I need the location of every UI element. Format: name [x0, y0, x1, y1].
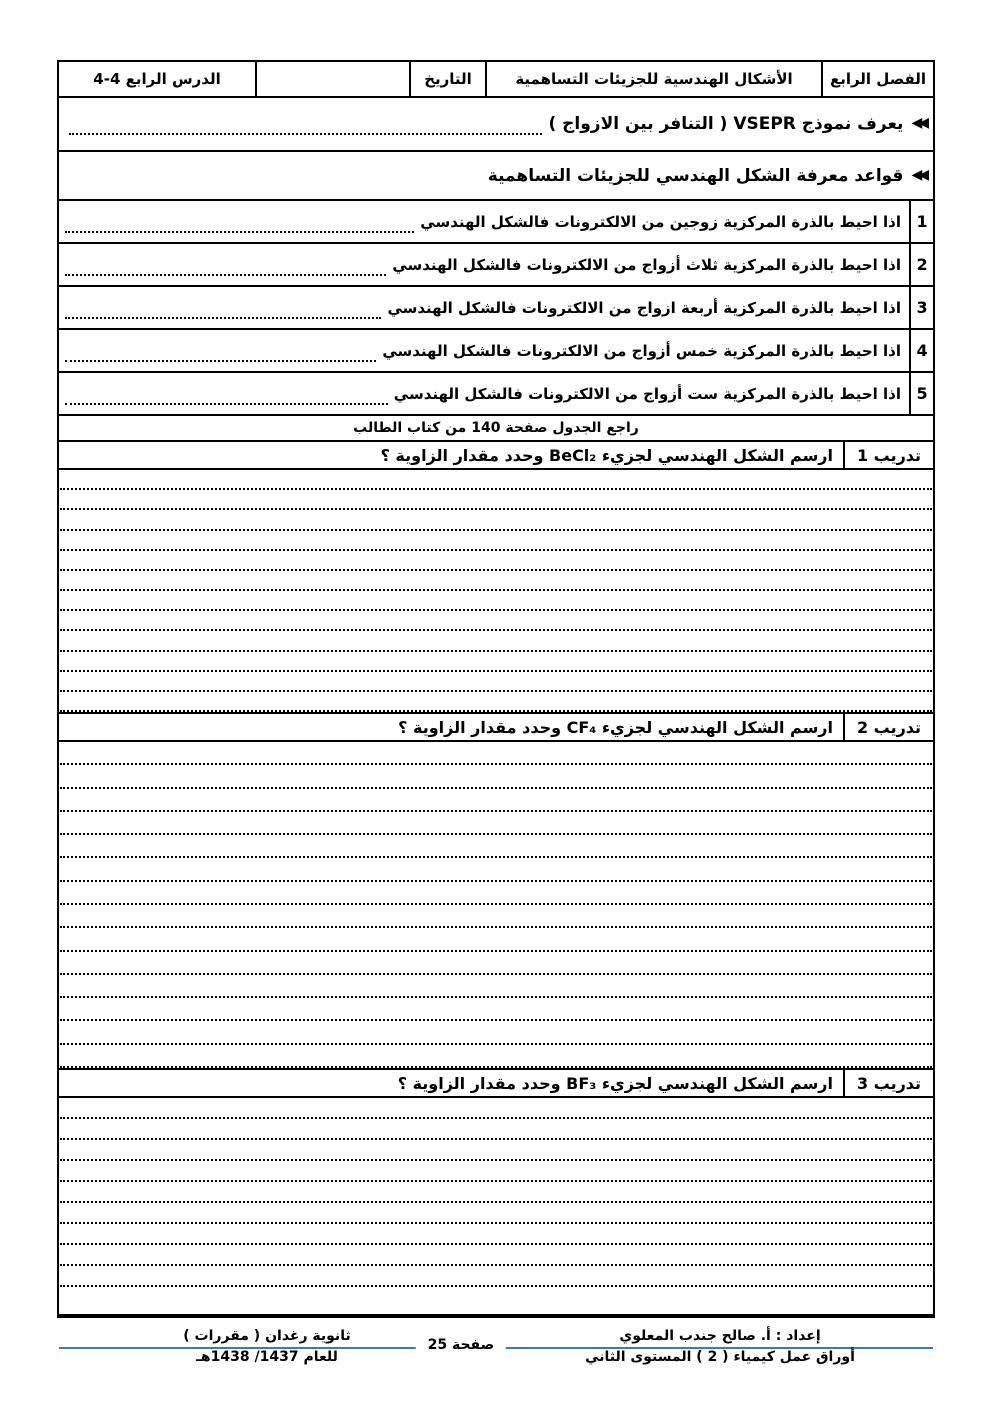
- footer-author-block: إعداد : أ. صالح جندب المعلوي أوراق عمل ك…: [535, 1326, 905, 1368]
- dotted-answer-leader: [65, 317, 381, 319]
- answer-line: [60, 1045, 932, 1068]
- answer-line: [60, 1203, 932, 1224]
- answer-line: [60, 835, 932, 858]
- lesson-cell: الدرس الرابع 4-4: [59, 62, 255, 96]
- rules-title-text: قواعد معرفة الشكل الهندسي للجزيئات التسا…: [488, 166, 904, 186]
- note-row: راجع الجدول صفحة 140 من كتاب الطالب: [59, 416, 933, 442]
- answer-line: [60, 975, 932, 998]
- rule-number: 4: [909, 330, 933, 371]
- rules-title-row: ◀◀ قواعد معرفة الشكل الهندسي للجزيئات ال…: [59, 152, 933, 201]
- worksheet-table: الفصل الرابع الأشكال الهندسية للجزيئات ا…: [57, 60, 935, 1318]
- answer-line: [60, 952, 932, 975]
- answer-line: [60, 1098, 932, 1119]
- answer-line: [60, 928, 932, 951]
- answer-line: [60, 1140, 932, 1161]
- date-label-cell: التاريخ: [409, 62, 485, 96]
- answer-line: [60, 692, 932, 712]
- double-arrow-icon: ◀◀: [911, 115, 925, 131]
- school-year-text: للعام 1437/ 1438هـ: [102, 1347, 432, 1368]
- exercise-2-answer-area: [59, 742, 933, 1070]
- answer-line: [60, 672, 932, 692]
- exercise-1-answer-area: [59, 470, 933, 714]
- answer-line: [60, 531, 932, 551]
- answer-line: [60, 1224, 932, 1245]
- worksheet-page: { "header": { "chapter": "الفصل الرابع",…: [0, 0, 992, 1403]
- exercise-2-question: ارسم الشكل الهندسي لجزيء CF₄ وحدد مقدار …: [59, 718, 843, 737]
- rule-number: 5: [909, 373, 933, 414]
- answer-line: [60, 789, 932, 812]
- page-number: صفحة 25: [416, 1337, 507, 1353]
- answer-line: [60, 631, 932, 651]
- page-title: الأشكال الهندسية للجزيئات التساهمية: [485, 62, 821, 96]
- exercise-1-label: تدريب 1: [843, 442, 933, 468]
- rule-number: 2: [909, 244, 933, 285]
- dotted-answer-leader: [65, 274, 386, 276]
- answer-line: [60, 858, 932, 881]
- answer-line: [60, 510, 932, 530]
- answer-line: [60, 551, 932, 571]
- dotted-answer-leader: [65, 403, 388, 405]
- answer-line: [60, 765, 932, 788]
- rule-row: 4 اذا احيط بالذرة المركزية خمس أزواج من …: [59, 330, 933, 373]
- exercise-3-row: تدريب 3 ارسم الشكل الهندسي لجزيء BF₃ وحد…: [59, 1070, 933, 1098]
- answer-line: [60, 490, 932, 510]
- rules-rows: 1 اذا احيط بالذرة المركزية زوجين من الال…: [59, 201, 933, 416]
- rule-number: 1: [909, 201, 933, 242]
- exercise-3-answer-area: [59, 1098, 933, 1314]
- school-name-text: ثانوية رغدان ( مقررات ): [102, 1326, 432, 1347]
- rule-row: 2 اذا احيط بالذرة المركزية ثلاث أزواج من…: [59, 244, 933, 287]
- answer-line: [60, 882, 932, 905]
- answer-line: [60, 812, 932, 835]
- exercise-2-label: تدريب 2: [843, 714, 933, 740]
- answer-line: [60, 1182, 932, 1203]
- exercise-2-row: تدريب 2 ارسم الشكل الهندسي لجزيء CF₄ وحد…: [59, 714, 933, 742]
- prepared-by-text: إعداد : أ. صالح جندب المعلوي: [535, 1326, 905, 1347]
- answer-line: [60, 1161, 932, 1182]
- answer-line: [60, 470, 932, 490]
- vsepr-objective-row: ◀◀ يعرف نموذج VSEPR ( التنافر بين الازوا…: [59, 98, 933, 152]
- rule-text: اذا احيط بالذرة المركزية أربعة ازواج من …: [387, 299, 901, 317]
- answer-line: [60, 998, 932, 1021]
- exercise-1-question: ارسم الشكل الهندسي لجزيء BeCl₂ وحدد مقدا…: [59, 446, 843, 465]
- worksheet-title-text: أوراق عمل كيمياء ( 2 ) المستوى الثاني: [535, 1347, 905, 1368]
- rule-text: اذا احيط بالذرة المركزية ثلاث أزواج من ا…: [392, 256, 901, 274]
- footer-school-block: ثانوية رغدان ( مقررات ) للعام 1437/ 1438…: [102, 1326, 432, 1368]
- answer-line: [60, 571, 932, 591]
- note-text: راجع الجدول صفحة 140 من كتاب الطالب: [59, 420, 933, 436]
- date-value-cell: [255, 62, 409, 96]
- rule-text: اذا احيط بالذرة المركزية خمس أزواج من ال…: [382, 342, 901, 360]
- answer-line: [60, 591, 932, 611]
- header-row: الفصل الرابع الأشكال الهندسية للجزيئات ا…: [59, 62, 933, 98]
- vsepr-objective-text: يعرف نموذج VSEPR ( التنافر بين الازواج ): [548, 114, 903, 134]
- answer-line: [60, 742, 932, 765]
- answer-line: [60, 1266, 932, 1287]
- rule-row: 1 اذا احيط بالذرة المركزية زوجين من الال…: [59, 201, 933, 244]
- answer-line: [60, 1245, 932, 1266]
- answer-line: [60, 905, 932, 928]
- exercise-3-label: تدريب 3: [843, 1070, 933, 1096]
- answer-line: [60, 611, 932, 631]
- chapter-cell: الفصل الرابع: [821, 62, 933, 96]
- dotted-answer-leader: [69, 133, 542, 135]
- rule-row: 3 اذا احيط بالذرة المركزية أربعة ازواج م…: [59, 287, 933, 330]
- answer-line: [60, 1021, 932, 1044]
- page-footer: صفحة 25 إعداد : أ. صالح جندب المعلوي أور…: [57, 1326, 935, 1388]
- dotted-answer-leader: [65, 231, 414, 233]
- answer-line: [60, 652, 932, 672]
- exercise-3-question: ارسم الشكل الهندسي لجزيء BF₃ وحدد مقدار …: [59, 1074, 843, 1093]
- dotted-answer-leader: [65, 360, 376, 362]
- rule-row: 5 اذا احيط بالذرة المركزية ست أزواج من ا…: [59, 373, 933, 416]
- answer-line: [60, 1119, 932, 1140]
- rule-text: اذا احيط بالذرة المركزية زوجين من الالكت…: [420, 213, 901, 231]
- rule-number: 3: [909, 287, 933, 328]
- exercise-1-row: تدريب 1 ارسم الشكل الهندسي لجزيء BeCl₂ و…: [59, 442, 933, 470]
- rule-text: اذا احيط بالذرة المركزية ست أزواج من الا…: [394, 385, 901, 403]
- double-arrow-icon: ◀◀: [911, 167, 925, 183]
